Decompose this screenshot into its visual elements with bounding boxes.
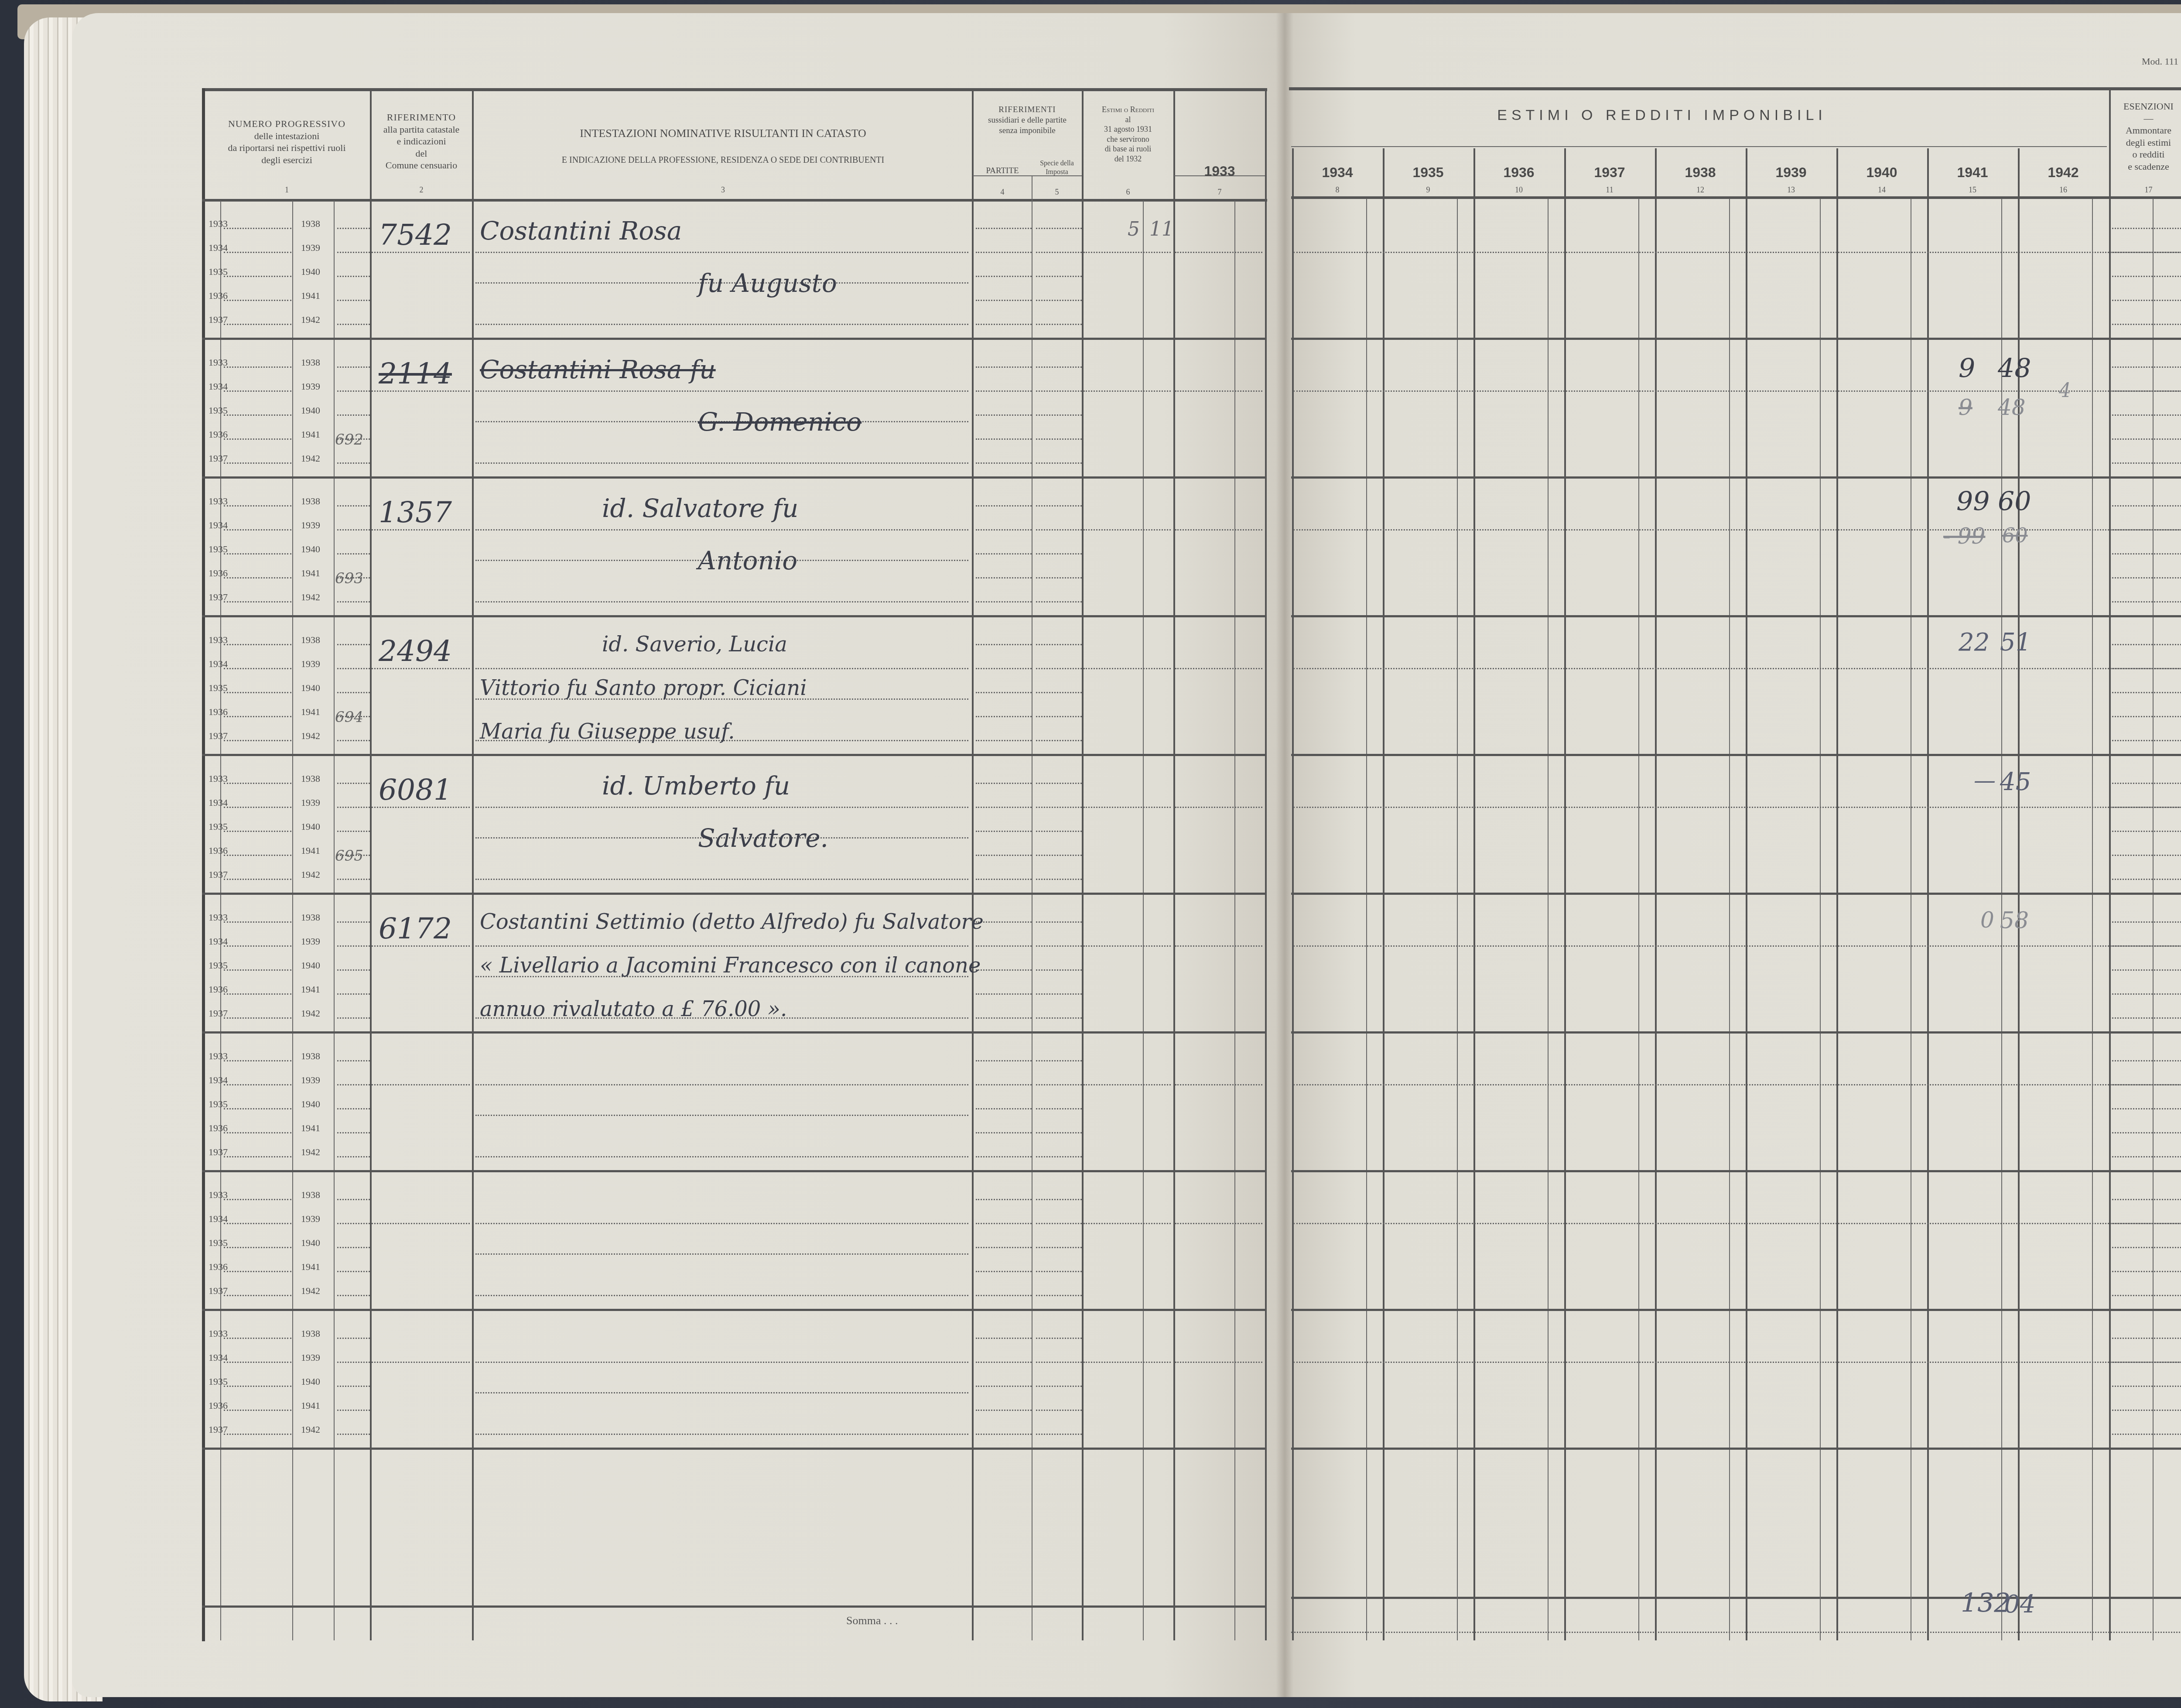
pencil-mark: 4 <box>2059 380 2071 402</box>
value-cent: 60 <box>1998 486 2031 517</box>
value-lire: 22 <box>1959 628 1990 657</box>
year-label: 1942 <box>301 453 320 464</box>
header-year-1942: 1942 <box>2018 164 2109 181</box>
header-specie-imposta: Specie della Imposta <box>1033 159 1081 177</box>
writing-line <box>475 1434 968 1435</box>
intestazione-text: Costantini Rosa <box>480 216 682 246</box>
partita-number: 2114 <box>379 357 452 390</box>
writing-line <box>475 879 968 880</box>
intestazione-text: Maria fu Giuseppe usuf. <box>480 719 735 744</box>
entry-separator <box>1291 1448 2181 1450</box>
writing-line <box>475 1115 968 1116</box>
entry-separator <box>1291 615 2181 617</box>
entry-separator <box>202 893 1266 895</box>
header-year-1940: 1940 <box>1836 164 1927 181</box>
year-label: 1942 <box>301 730 320 742</box>
year-label: 1941 <box>301 845 320 856</box>
value-cent: 58 <box>2000 907 2029 934</box>
top-border <box>202 88 1267 91</box>
intestazione-text: Vittorio fu Santo propr. Ciciani <box>480 676 807 700</box>
partita-number: 6081 <box>379 773 452 807</box>
entry-separator <box>1291 1170 2181 1172</box>
value-lire: — <box>1974 768 1996 793</box>
col-divider <box>1143 201 1144 1640</box>
writing-line <box>475 1392 968 1393</box>
year-label: 1940 <box>301 960 320 971</box>
intestazione-text: G. Domenico <box>698 407 861 437</box>
value-lire: 0 <box>1980 907 1994 933</box>
somma-1941-cent: 04 <box>2004 1590 2035 1619</box>
year-label: 1938 <box>301 218 320 229</box>
entry-separator <box>202 1448 1266 1450</box>
header-estimi-imponibili: ESTIMI O REDDITI IMPONIBILI <box>1335 107 1989 124</box>
year-label: 1940 <box>301 544 320 555</box>
writing-line <box>475 529 968 531</box>
year-label: 1940 <box>301 405 320 416</box>
writing-line <box>475 601 968 602</box>
year-label: 1940 <box>301 682 320 694</box>
year-label: 1938 <box>301 1051 320 1062</box>
year-label: 1938 <box>301 1189 320 1201</box>
year-label: 1939 <box>301 1075 320 1086</box>
value-cent: 48 <box>1998 353 2031 384</box>
pencil-value-cent: 48 <box>1998 395 2026 420</box>
header-numero-progressivo: NUMERO PROGRESSIVO delle intestazioni da… <box>205 118 369 166</box>
pencil-value-lire: 9 <box>1959 395 1972 420</box>
year-label: 1941 <box>301 568 320 579</box>
value-cent: 45 <box>2000 768 2031 796</box>
year-label: 1942 <box>301 314 320 325</box>
estimi-subheader-line <box>1291 146 2107 147</box>
writing-line <box>475 1362 968 1363</box>
header-intestazioni-subtitle: E INDICAZIONE DELLA PROFESSIONE, RESIDEN… <box>475 155 971 166</box>
writing-line <box>475 1223 968 1224</box>
year-label: 1940 <box>301 1376 320 1387</box>
header-intestazioni: INTESTAZIONI NOMINATIVE RISULTANTI IN CA… <box>475 127 971 141</box>
intestazione-text: id. Umberto fu <box>602 771 790 801</box>
writing-line <box>475 390 968 392</box>
col-divider <box>292 201 293 1640</box>
writing-line <box>475 462 968 464</box>
pencil-value-lire: - 99 <box>1943 524 1985 549</box>
header-esenzioni: ESENZIONI — Ammontare degli estimi o red… <box>2110 100 2181 172</box>
writing-line <box>475 1156 968 1157</box>
year-label: 1938 <box>301 773 320 784</box>
year-label: 1940 <box>301 1099 320 1110</box>
intestazione-text: annuo rivalutato a £ 76.00 ». <box>480 997 787 1021</box>
year-label: 1939 <box>301 520 320 531</box>
col-divider <box>1173 89 1175 1640</box>
year-label: 1940 <box>301 266 320 277</box>
year-label: 1938 <box>301 1328 320 1339</box>
entry-separator <box>202 338 1266 340</box>
estimi-1931-lire: 5 <box>1128 218 1140 240</box>
side-reference: 694 <box>335 709 363 726</box>
header-year-1941: 1941 <box>1927 164 2018 181</box>
value-cent: 51 <box>2000 628 2031 657</box>
writing-line <box>475 807 968 808</box>
entry-separator <box>1291 754 2181 756</box>
year-label: 1940 <box>301 821 320 832</box>
entry-separator <box>1291 1031 2181 1034</box>
writing-line <box>475 1253 968 1255</box>
year-label: 1938 <box>301 496 320 507</box>
side-reference: 692 <box>335 431 363 448</box>
estimi-1931-cent: 11 <box>1149 218 1174 240</box>
header-year-1938: 1938 <box>1655 164 1746 181</box>
header-year-1935: 1935 <box>1383 164 1473 181</box>
entry-separator <box>202 1031 1266 1034</box>
intestazione-text: id. Saverio, Lucia <box>602 632 787 657</box>
header-estimi-1931: Estimi o Redditi al 31 agosto 1931 che s… <box>1084 105 1173 164</box>
partita-number: 2494 <box>379 634 452 668</box>
header-year-1939: 1939 <box>1746 164 1836 181</box>
intestazione-text: id. Salvatore fu <box>602 493 798 523</box>
entry-separator <box>202 754 1266 756</box>
year-label: 1941 <box>301 706 320 718</box>
year-label: 1938 <box>301 357 320 368</box>
value-lire: 9 <box>1959 353 1975 384</box>
entry-separator <box>1291 1309 2181 1311</box>
year-label: 1939 <box>301 936 320 947</box>
somma-label: Somma . . . <box>846 1614 898 1627</box>
writing-line <box>475 1084 968 1085</box>
writing-line <box>475 324 968 325</box>
value-lire: 99 <box>1956 486 1990 517</box>
header-riferimento: RIFERIMENTO alla partita catastale e ind… <box>372 111 471 171</box>
header-partite: PARTITE <box>974 166 1031 176</box>
year-label: 1939 <box>301 381 320 392</box>
year-label: 1942 <box>301 1285 320 1297</box>
entry-separator <box>202 1309 1266 1311</box>
year-label: 1942 <box>301 1147 320 1158</box>
writing-line <box>475 1295 968 1296</box>
col-divider <box>972 89 974 1640</box>
writing-line <box>475 668 968 669</box>
intestazione-text: fu Augusto <box>698 268 837 298</box>
col-divider <box>1032 175 1032 1640</box>
pencil-value-cent: 60 <box>2002 524 2028 547</box>
entry-separator <box>1291 338 2181 340</box>
side-reference: 695 <box>335 847 363 865</box>
top-border <box>1289 87 2181 90</box>
somma-1941-lire: 132 <box>1961 1588 2011 1619</box>
intestazione-text: Salvatore. <box>698 823 828 853</box>
year-label: 1942 <box>301 869 320 880</box>
entry-separator <box>1291 476 2181 479</box>
intestazione-text: Costantini Settimio (detto Alfredo) fu S… <box>480 910 984 934</box>
year-label: 1942 <box>301 1008 320 1019</box>
entry-separator <box>202 615 1266 617</box>
header-riferimenti-sussidiari: RIFERIMENTI sussidiari e delle partite s… <box>974 105 1081 136</box>
year-label: 1942 <box>301 1424 320 1435</box>
somma-separator <box>202 1605 1266 1608</box>
book-gutter <box>1276 13 1293 1697</box>
year-label: 1942 <box>301 592 320 603</box>
form-code: Mod. 111 - Imposte Dirette (Intercalare)… <box>2142 56 2181 67</box>
left-border <box>202 88 205 1641</box>
year-label: 1938 <box>301 912 320 923</box>
year-label: 1940 <box>301 1237 320 1249</box>
writing-line <box>475 945 968 947</box>
side-reference: 693 <box>335 570 363 587</box>
entry-separator <box>1291 893 2181 895</box>
year-label: 1941 <box>301 1261 320 1273</box>
right-page <box>1285 13 2181 1697</box>
partita-number: 7542 <box>379 218 452 252</box>
intestazione-text: « Livellario a Jacomini Francesco con il… <box>480 953 981 978</box>
col-divider <box>1265 89 1267 1640</box>
partita-number: 6172 <box>379 912 452 945</box>
header-year-1934: 1934 <box>1292 164 1383 181</box>
somma-separator <box>1291 1597 2181 1599</box>
header-year-1937: 1937 <box>1564 164 1655 181</box>
header-bottom-border <box>1291 196 2181 199</box>
year-label: 1939 <box>301 242 320 253</box>
year-label: 1941 <box>301 1400 320 1411</box>
intestazione-text: Costantini Rosa fu <box>480 355 716 384</box>
year-label: 1941 <box>301 984 320 995</box>
col-divider <box>1082 89 1084 1640</box>
year-label: 1939 <box>301 1352 320 1363</box>
partita-number: 1357 <box>379 496 452 529</box>
header-year-1933: 1933 <box>1175 162 1264 180</box>
entry-separator <box>202 476 1266 479</box>
col-divider <box>334 201 335 1640</box>
year-label: 1941 <box>301 290 320 301</box>
year-label: 1939 <box>301 1213 320 1225</box>
col-divider <box>370 89 372 1640</box>
header-year-1936: 1936 <box>1473 164 1564 181</box>
year-label: 1941 <box>301 1123 320 1134</box>
intestazione-text: Antonio <box>698 546 797 575</box>
col-divider <box>472 89 474 1640</box>
year-label: 1938 <box>301 634 320 646</box>
year-label: 1941 <box>301 429 320 440</box>
header-bottom-border <box>202 199 1267 202</box>
writing-line <box>475 252 968 253</box>
year-label: 1939 <box>301 658 320 670</box>
year-label: 1939 <box>301 797 320 808</box>
entry-separator <box>202 1170 1266 1172</box>
col-divider <box>2109 87 2111 1640</box>
col-divider <box>1234 201 1235 1640</box>
